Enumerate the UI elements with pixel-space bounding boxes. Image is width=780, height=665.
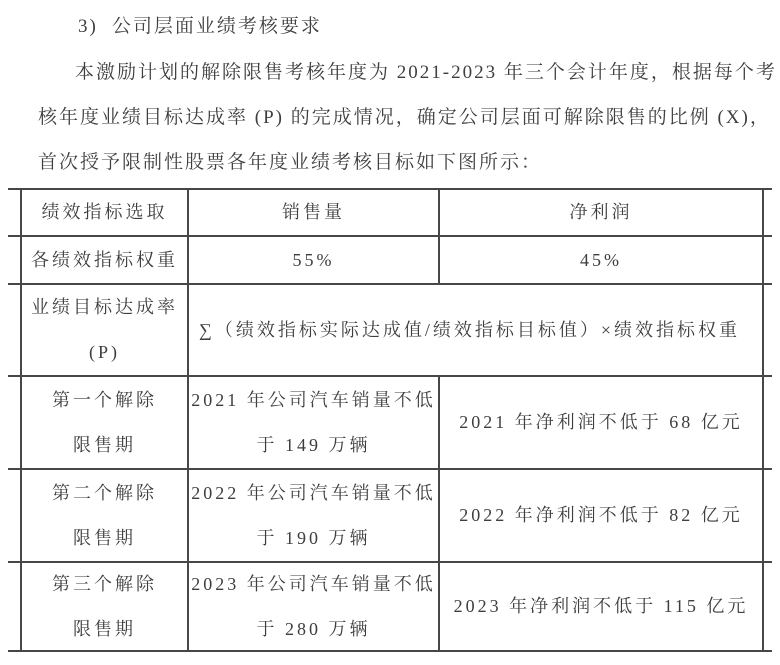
- sales-target-line: 于 280 万辆: [257, 607, 371, 652]
- sales-target-line: 2023 年公司汽车销量不低: [191, 562, 436, 607]
- period-label-line: 限售期: [73, 423, 136, 468]
- cell-period-profit-target: 2023 年净利润不低于 115 亿元: [440, 563, 762, 650]
- cell-indicator-profit: 净利润: [440, 190, 762, 235]
- section-heading: 3)公司层面业绩考核要求: [78, 12, 322, 42]
- heading-number: 3): [78, 16, 98, 37]
- period-label-line: 限售期: [73, 607, 136, 652]
- cell-formula: ∑（绩效指标实际达成值/绩效指标目标值）×绩效指标权重: [189, 285, 762, 375]
- cell-period-profit-target: 2022 年净利润不低于 82 亿元: [440, 470, 762, 561]
- period-label-line: 第二个解除: [52, 471, 157, 516]
- cell-indicator-label: 绩效指标选取: [22, 190, 187, 235]
- cell-formula-label: 业绩目标达成率 (P): [22, 285, 187, 375]
- heading-title: 公司层面业绩考核要求: [112, 16, 322, 37]
- cell-period-label: 第三个解除 限售期: [22, 563, 187, 650]
- cell-indicator-sales: 销售量: [189, 190, 438, 235]
- cell-period-profit-target: 2021 年净利润不低于 68 亿元: [440, 377, 762, 468]
- cell-weight-label: 各绩效指标权重: [22, 237, 187, 283]
- cell-period-label: 第一个解除 限售期: [22, 377, 187, 468]
- paragraph-line: 核年度业绩目标达成率 (P) 的完成情况，确定公司层面可解除限售的比例 (X)，: [38, 103, 771, 133]
- table-border-right: [762, 188, 764, 652]
- cell-period-sales-target: 2021 年公司汽车销量不低 于 149 万辆: [189, 377, 438, 468]
- period-label-line: 第一个解除: [52, 378, 157, 423]
- paragraph-line: 首次授予限制性股票各年度业绩考核目标如下图所示：: [38, 148, 542, 178]
- cell-period-sales-target: 2022 年公司汽车销量不低 于 190 万辆: [189, 470, 438, 561]
- cell-period-label: 第二个解除 限售期: [22, 470, 187, 561]
- paragraph-line: 本激励计划的解除限售考核年度为 2021-2023 年三个会计年度，根据每个考: [75, 58, 777, 88]
- cell-weight-profit: 45%: [440, 237, 762, 283]
- performance-table: 绩效指标选取 销售量 净利润 各绩效指标权重 55% 45% 业绩目标达成率 (…: [8, 188, 772, 652]
- period-label-line: 限售期: [73, 516, 136, 561]
- sales-target-line: 于 149 万辆: [257, 423, 371, 468]
- cell-period-sales-target: 2023 年公司汽车销量不低 于 280 万辆: [189, 563, 438, 650]
- formula-label-line: (P): [89, 330, 120, 375]
- formula-label-line: 业绩目标达成率: [31, 285, 178, 330]
- document-page: 3)公司层面业绩考核要求 本激励计划的解除限售考核年度为 2021-2023 年…: [0, 0, 780, 665]
- sales-target-line: 2021 年公司汽车销量不低: [191, 378, 436, 423]
- cell-weight-sales: 55%: [189, 237, 438, 283]
- sales-target-line: 于 190 万辆: [257, 516, 371, 561]
- period-label-line: 第三个解除: [52, 562, 157, 607]
- sales-target-line: 2022 年公司汽车销量不低: [191, 471, 436, 516]
